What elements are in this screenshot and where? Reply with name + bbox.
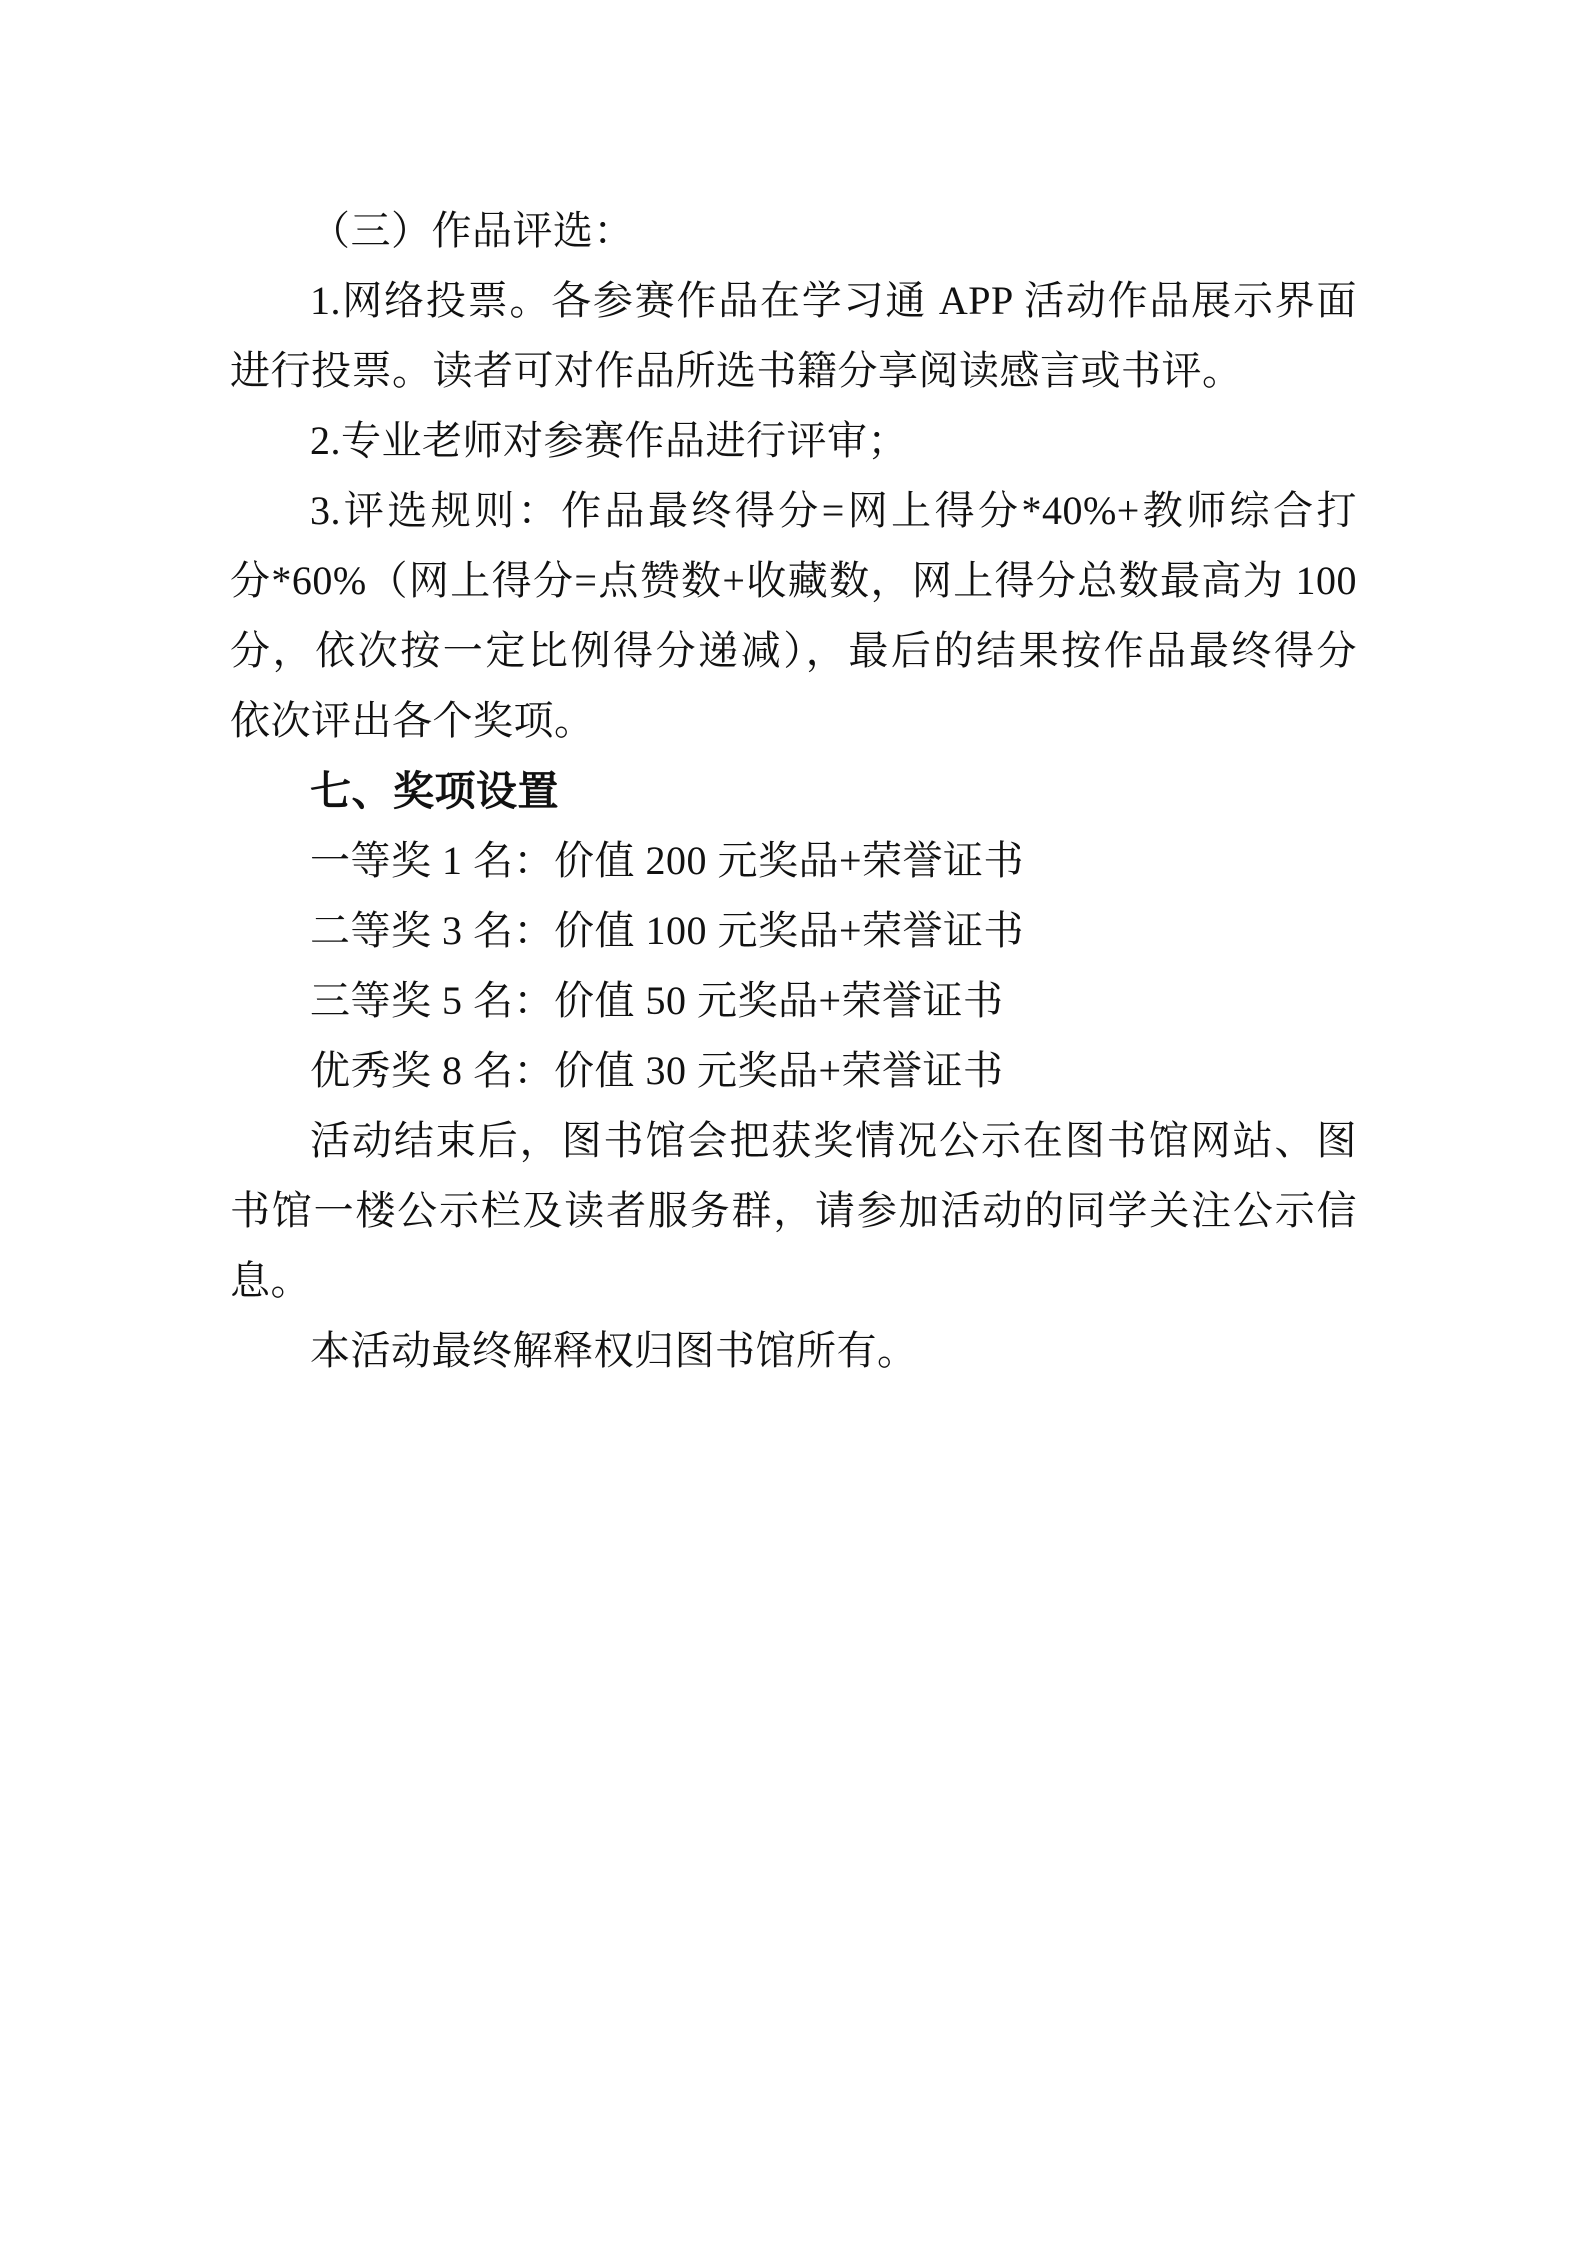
para-scoring-rule-line4: 依次评出各个奖项。: [230, 686, 1357, 756]
award-excellence-prize: 优秀奖 8 名：价值 30 元奖品+荣誉证书: [230, 1036, 1357, 1106]
para-scoring-rule-line3: 分，依次按一定比例得分递减），最后的结果按作品最终得分: [230, 616, 1357, 686]
para-announcement-line3: 息。: [230, 1246, 1357, 1316]
para-announcement-line2: 书馆一楼公示栏及读者服务群，请参加活动的同学关注公示信: [230, 1176, 1357, 1246]
para-final-interpretation: 本活动最终解释权归图书馆所有。: [230, 1316, 1357, 1386]
award-third-prize: 三等奖 5 名：价值 50 元奖品+荣誉证书: [230, 966, 1357, 1036]
para-announcement-line1: 活动结束后，图书馆会把获奖情况公示在图书馆网站、图: [230, 1106, 1357, 1176]
section-heading-awards: 七、奖项设置: [230, 756, 1357, 826]
para-teacher-review: 2.专业老师对参赛作品进行评审；: [230, 406, 1357, 476]
para-scoring-rule-line2: 分*60%（网上得分=点赞数+收藏数，网上得分总数最高为 100: [230, 546, 1357, 616]
award-second-prize: 二等奖 3 名：价值 100 元奖品+荣誉证书: [230, 896, 1357, 966]
document-page: { "page": { "background": "#ffffff", "te…: [0, 0, 1587, 2245]
subheading-work-evaluation: （三）作品评选：: [230, 196, 1357, 266]
para-scoring-rule-line1: 3.评选规则：作品最终得分=网上得分*40%+教师综合打: [230, 476, 1357, 546]
document-body: （三）作品评选： 1.网络投票。各参赛作品在学习通 APP 活动作品展示界面 进…: [230, 196, 1357, 1386]
award-first-prize: 一等奖 1 名：价值 200 元奖品+荣誉证书: [230, 826, 1357, 896]
para-online-voting-line2: 进行投票。读者可对作品所选书籍分享阅读感言或书评。: [230, 336, 1357, 406]
para-online-voting-line1: 1.网络投票。各参赛作品在学习通 APP 活动作品展示界面: [230, 266, 1357, 336]
